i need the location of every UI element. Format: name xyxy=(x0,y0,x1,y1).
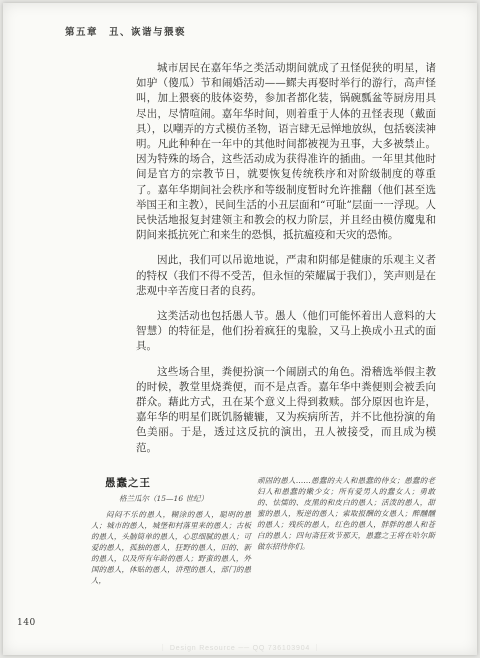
body-paragraph: 城市居民在嘉年华之类活动期间就成了丑怪促狭的明星，诸如驴（傻瓜）节和闹婚活动——… xyxy=(136,61,436,243)
main-text-block: 城市居民在嘉年华之类活动期间就成了丑怪促狭的明星，诸如驴（傻瓜）节和闹婚活动——… xyxy=(136,61,436,466)
quote-author: 格兰瓜尔（15—16 世纪） xyxy=(91,493,251,504)
quote-right-column: 顽固的愚人……愚蠢的夫人和愚蠢的侍女；愚蠢的老妇人和愚蠢的嫩少女；所有爱男人的蠢… xyxy=(257,475,435,586)
quote-left-column: 愚蠢之王 格兰瓜尔（15—16 世纪） 闷闷不乐的愚人，糊涂的愚人，聪明的愚人；… xyxy=(91,475,251,586)
body-paragraph: 因此，我们可以吊诡地说，严肃和阴郁是健康的乐观主义者的特权（我们不得不受苦，但永… xyxy=(136,253,436,299)
quote-title: 愚蠢之王 xyxy=(91,475,251,490)
body-paragraph: 这些场合里，粪便扮演一个闹剧式的角色。滑稽选举假主教的时候，教堂里烧粪便，而不是… xyxy=(136,365,436,456)
quote-text-left: 闷闷不乐的愚人，糊涂的愚人，聪明的愚人；城市的愚人，城堡和村落里来的愚人；古板的… xyxy=(91,509,251,586)
quote-text-right: 顽固的愚人……愚蠢的夫人和愚蠢的侍女；愚蠢的老妇人和愚蠢的嫩少女；所有爱男人的蠢… xyxy=(257,475,435,552)
body-paragraph: 这类活动也包括愚人节。愚人（他们可能怀着出人意料的大智慧）的特征是，他们扮着疯狂… xyxy=(136,309,436,355)
sidebar-quote-section: 愚蠢之王 格兰瓜尔（15—16 世纪） 闷闷不乐的愚人，糊涂的愚人，聪明的愚人；… xyxy=(91,475,435,586)
book-page: 第五章 丑、诙谐与猥亵 城市居民在嘉年华之类活动期间就成了丑怪促狭的明星，诸如驴… xyxy=(3,3,477,655)
chapter-header: 第五章 丑、诙谐与猥亵 xyxy=(65,24,186,38)
watermark-text: ｜ Design Resource ── QQ 736103904 ｜ xyxy=(3,643,477,653)
page-number: 140 xyxy=(17,618,36,628)
